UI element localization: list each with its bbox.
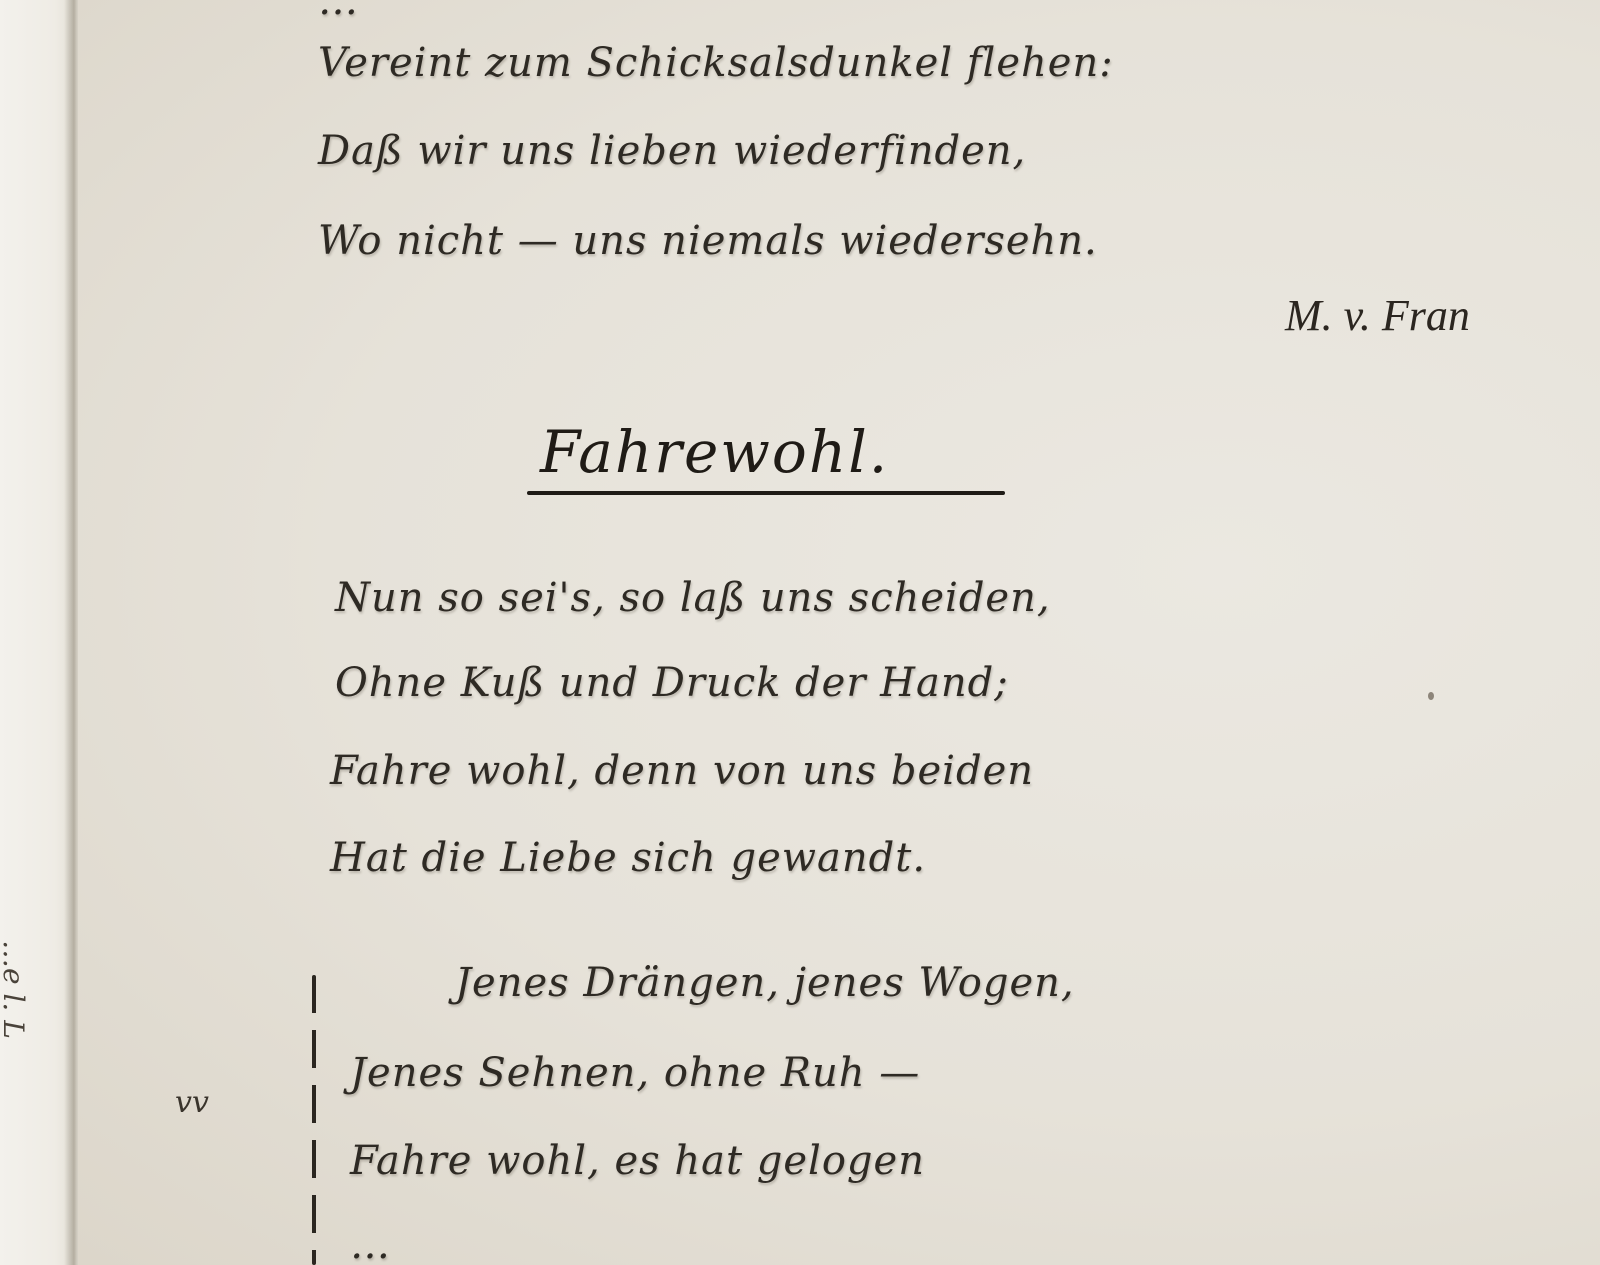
stanza2-line: Jenes Sehnen, ohne Ruh —: [350, 1050, 920, 1096]
facing-page-text: …e l. L: [0, 940, 30, 1265]
previous-poem-line: Daß wir uns lieben wiederfinden,: [318, 128, 1026, 174]
stanza1-line: Ohne Kuß und Druck der Hand;: [335, 660, 1009, 706]
stanza1-line: Nun so sei's, so laß uns scheiden,: [335, 575, 1051, 621]
margin-mark: vv: [175, 1085, 209, 1120]
author-signature: M. v. Fran: [1285, 290, 1470, 341]
stanza2-line: Fahre wohl, es hat gelogen: [350, 1138, 925, 1184]
stanza2-line: …: [350, 1222, 391, 1265]
title-underline: [527, 491, 1005, 495]
ink-spot: [1428, 692, 1434, 700]
stanza1-line: Hat die Liebe sich gewandt.: [330, 835, 926, 881]
previous-poem-line: Wo nicht — uns niemals wiedersehn.: [318, 218, 1098, 264]
previous-poem-line: …: [318, 0, 359, 24]
margin-dashed-line: [312, 975, 316, 1265]
poem-title: Fahrewohl.: [540, 418, 889, 486]
stanza2-line: Jenes Drängen, jenes Wogen,: [455, 960, 1075, 1006]
stanza1-line: Fahre wohl, denn von uns beiden: [330, 748, 1034, 794]
previous-poem-line: Vereint zum Schicksalsdunkel flehen:: [318, 40, 1114, 86]
